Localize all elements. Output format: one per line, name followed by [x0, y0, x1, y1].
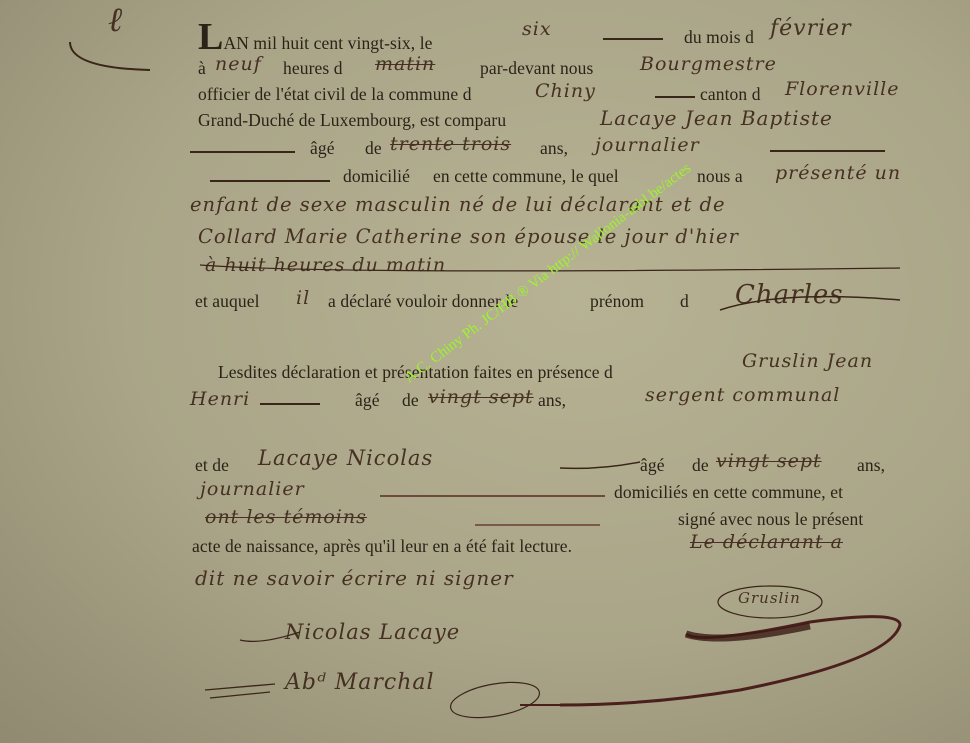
field-pronoun: il [296, 287, 310, 309]
printed-text: en cette commune, le quel [433, 166, 619, 187]
birth-record-page: ℓ LAN mil huit cent vingt-six, le six du… [0, 0, 970, 743]
field-witness1-name: Gruslin Jean [742, 350, 873, 372]
field-month: février [770, 16, 852, 41]
blank-rule [655, 96, 695, 98]
field-witness1-age: vingt sept [428, 386, 534, 408]
blank-rule [260, 403, 320, 405]
field-presented-line3: Collard Marie Catherine son épouse le jo… [198, 225, 739, 248]
signature-witness1: Gruslin [738, 589, 801, 607]
field-declarant-note-2: dit ne savoir écrire ni signer [195, 566, 514, 590]
field-commune: Chiny [535, 80, 596, 102]
field-witness2-age: vingt sept [716, 450, 822, 472]
field-signed-by: ont les témoins [205, 506, 367, 528]
printed-text: domicilié [343, 166, 410, 187]
printed-text: du mois d [684, 27, 754, 48]
printed-line-1: LAN mil huit cent vingt-six, le [198, 18, 433, 56]
field-declarant-age: trente trois [390, 133, 511, 155]
drop-cap: L [198, 16, 223, 58]
field-declarant: Lacaye Jean Baptiste [600, 106, 833, 130]
blank-rule [770, 150, 885, 152]
printed-text: et de [195, 455, 229, 476]
printed-text: âgé [640, 455, 665, 476]
signature-officer: Abᵈ Marchal [285, 670, 435, 695]
printed-text: canton d [700, 84, 761, 105]
field-witness2-occupation: journalier [200, 478, 305, 500]
printed-text: prénom [590, 291, 644, 312]
printed-text: officier de l'état civil de la commune d [198, 84, 472, 105]
field-declarant-note-1: Le déclarant a [690, 531, 843, 553]
printed-text: par-devant nous [480, 58, 593, 79]
printed-text: ans, [540, 138, 568, 159]
printed-text: ans, [857, 455, 885, 476]
printed-text: et auquel [195, 291, 260, 312]
printed-text: Grand-Duché de Luxembourg, est comparu [198, 110, 506, 131]
printed-text: heures d [283, 58, 343, 79]
printed-text: à [198, 58, 206, 79]
field-hour: neuf [215, 53, 262, 75]
printed-text: signé avec nous le présent [678, 509, 863, 530]
field-declarant-occupation: journalier [595, 134, 700, 156]
field-presented: présenté un [775, 162, 901, 184]
printed-text: de [692, 455, 709, 476]
field-presented-line4: à huit heures du matin [205, 254, 446, 276]
field-witness1-name-cont: Henri [190, 388, 250, 410]
printed-text: ans, [538, 390, 566, 411]
printed-text: âgé [355, 390, 380, 411]
blank-rule [190, 151, 295, 153]
printed-text: AN mil huit cent vingt-six, le [223, 33, 432, 53]
field-witness2-name: Lacaye Nicolas [258, 446, 433, 470]
printed-text: de [365, 138, 382, 159]
field-canton: Florenville [785, 78, 899, 100]
printed-text: nous a [697, 166, 743, 187]
printed-text: acte de naissance, après qu'il leur en a… [192, 536, 572, 557]
field-officer: Bourgmestre [640, 53, 777, 75]
blank-rule [210, 180, 330, 182]
field-day: six [522, 18, 552, 40]
field-witness1-occupation: sergent communal [645, 384, 840, 406]
printed-text: de [402, 390, 419, 411]
signature-witness2: Nicolas Lacaye [285, 620, 460, 644]
printed-text: domiciliés en cette commune, et [614, 482, 843, 503]
printed-text: âgé [310, 138, 335, 159]
field-time-of-day: matin [375, 53, 435, 75]
blank-rule [603, 38, 663, 40]
field-child-name: Charles [735, 280, 844, 310]
printed-text: d [680, 291, 689, 312]
